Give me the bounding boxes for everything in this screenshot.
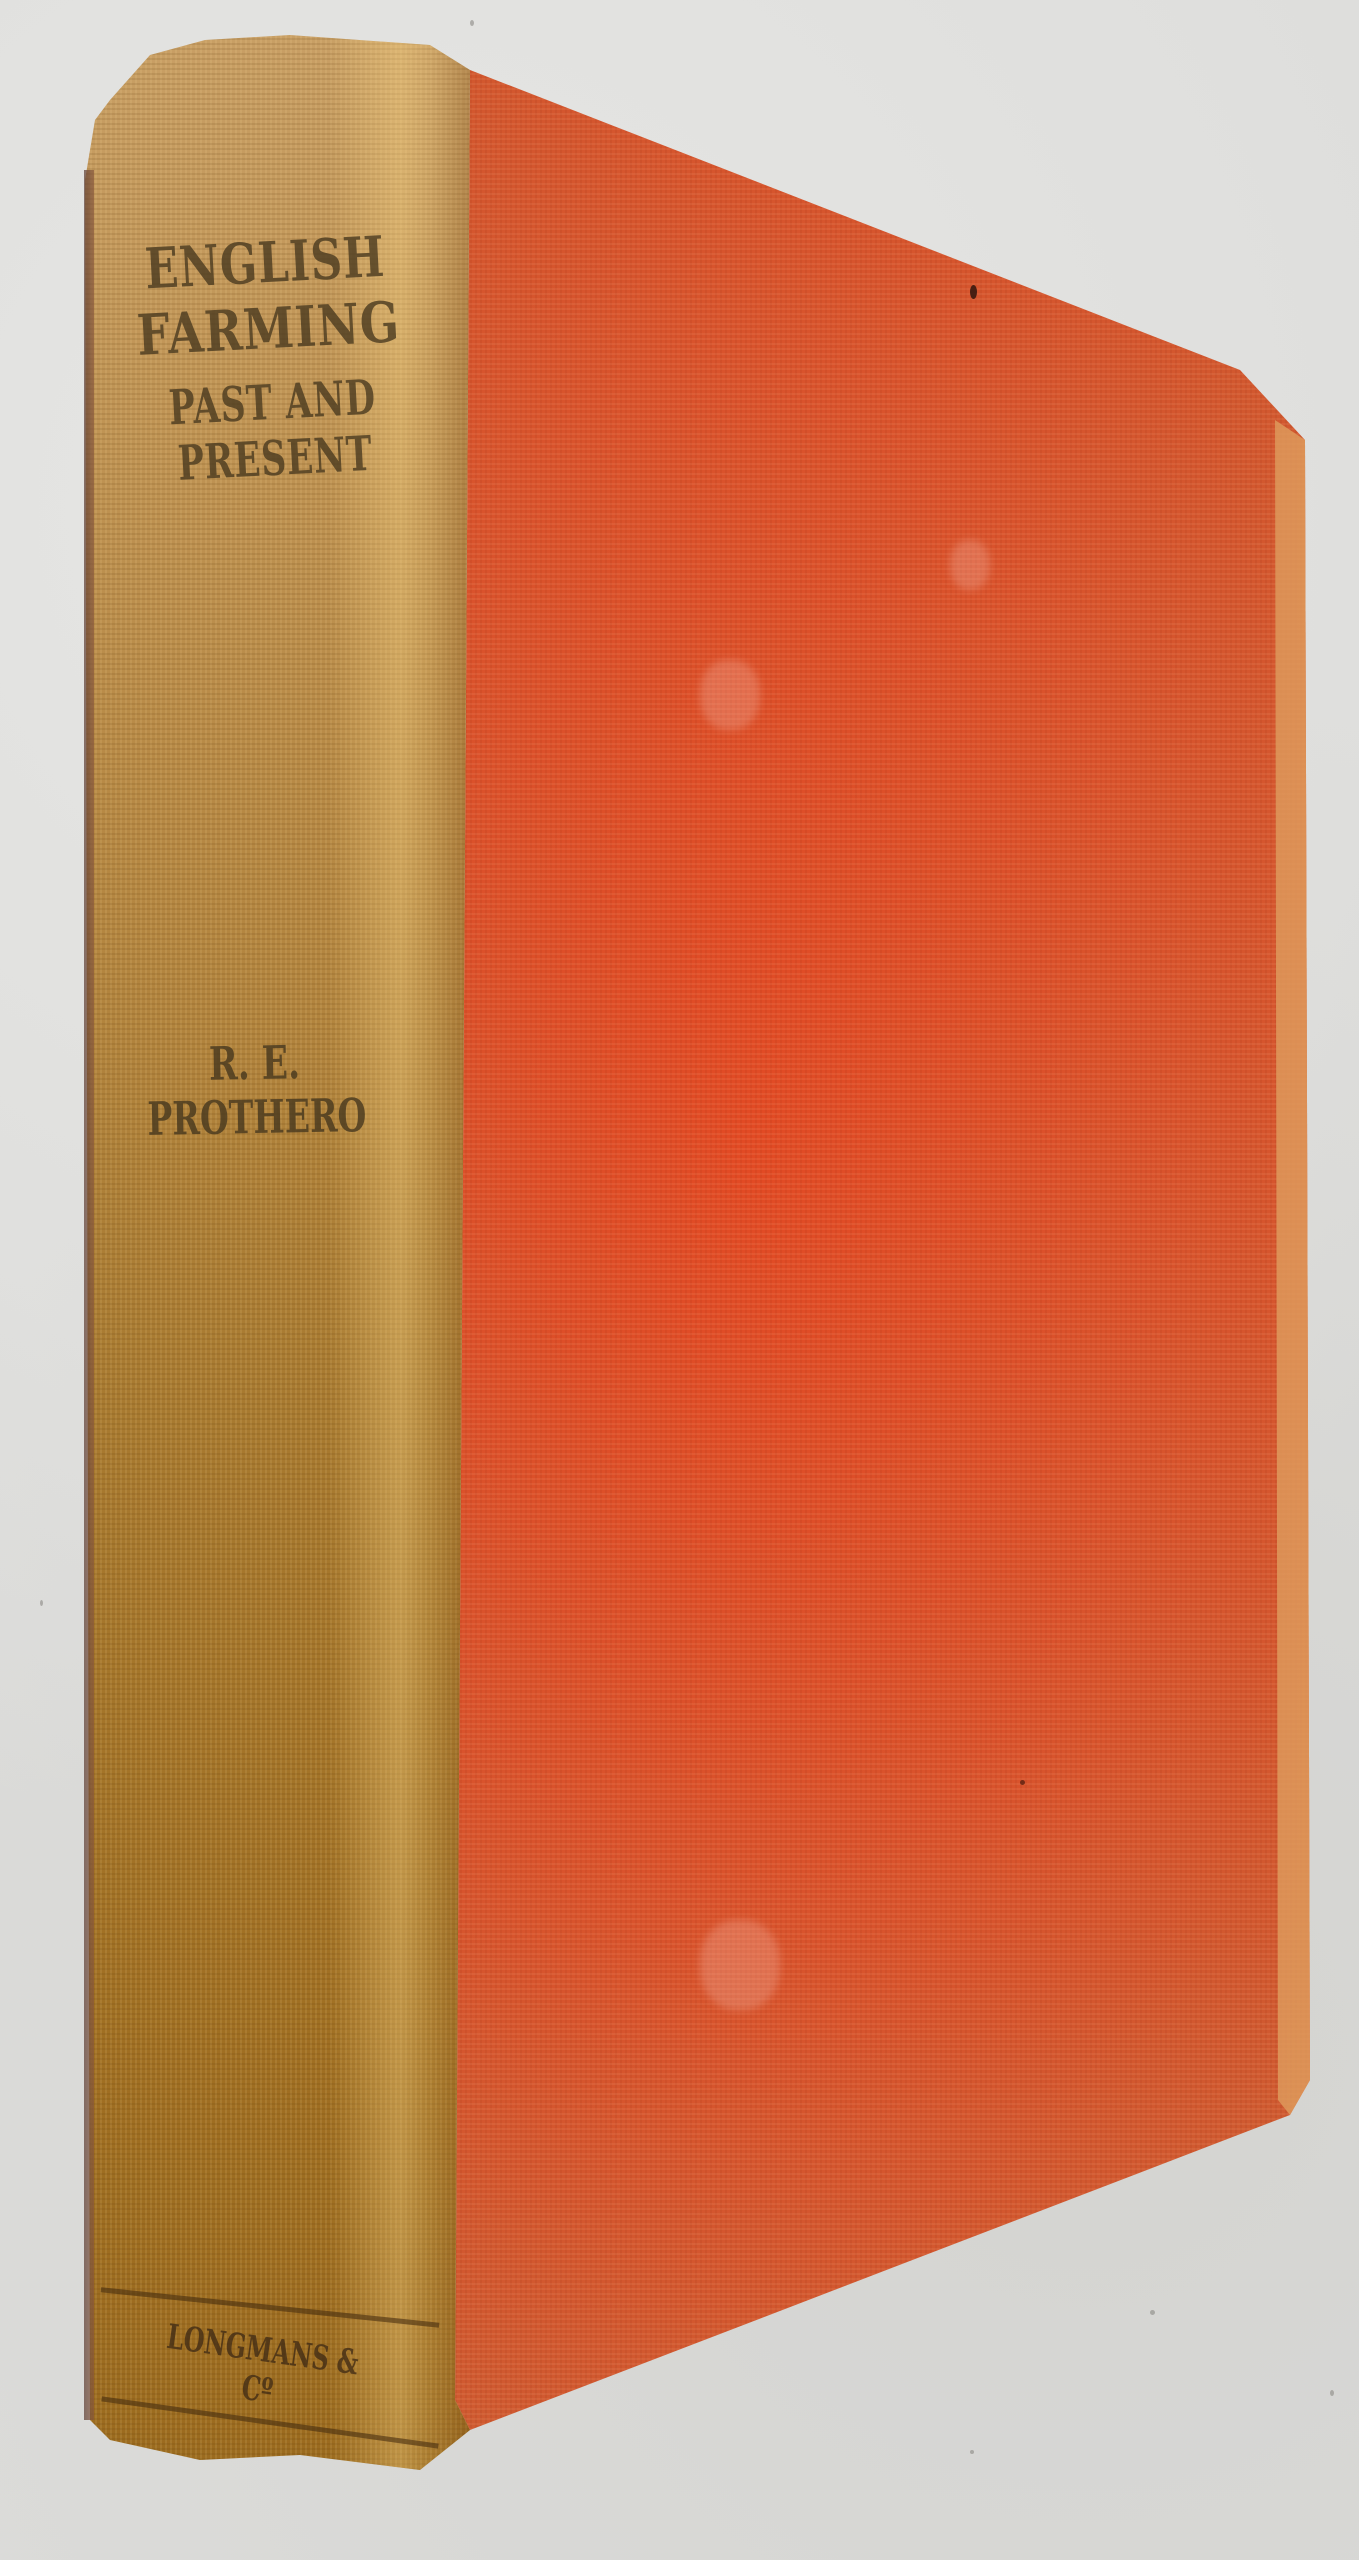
background-speck bbox=[970, 2450, 974, 2454]
cover-stain bbox=[700, 660, 760, 730]
spine-edge bbox=[84, 170, 94, 2420]
background-speck bbox=[1150, 2310, 1155, 2315]
spine-title-line: ENGLISH bbox=[135, 228, 395, 297]
spine-title-line: FARMING bbox=[132, 294, 405, 364]
spine-title: ENGLISH FARMING PAST AND PRESENT bbox=[99, 227, 442, 492]
spine-title-line: PRESENT bbox=[155, 429, 395, 489]
background-speck bbox=[1330, 2390, 1334, 2396]
background-speck bbox=[40, 1600, 43, 1606]
spine-author: R. E. PROTHERO bbox=[104, 1037, 406, 1142]
spine-author-initials: R. E. bbox=[142, 1038, 368, 1088]
spine-title-line: PAST AND bbox=[152, 373, 392, 433]
cover-stain bbox=[700, 1920, 780, 2010]
spine-author-surname: PROTHERO bbox=[147, 1092, 364, 1142]
book-photograph: ENGLISH FARMING PAST AND PRESENT R. E. P… bbox=[0, 0, 1359, 2560]
cover-mark bbox=[970, 285, 977, 299]
cover-mark bbox=[1020, 1780, 1025, 1785]
background-speck bbox=[470, 20, 474, 26]
cover-stain bbox=[950, 540, 990, 590]
